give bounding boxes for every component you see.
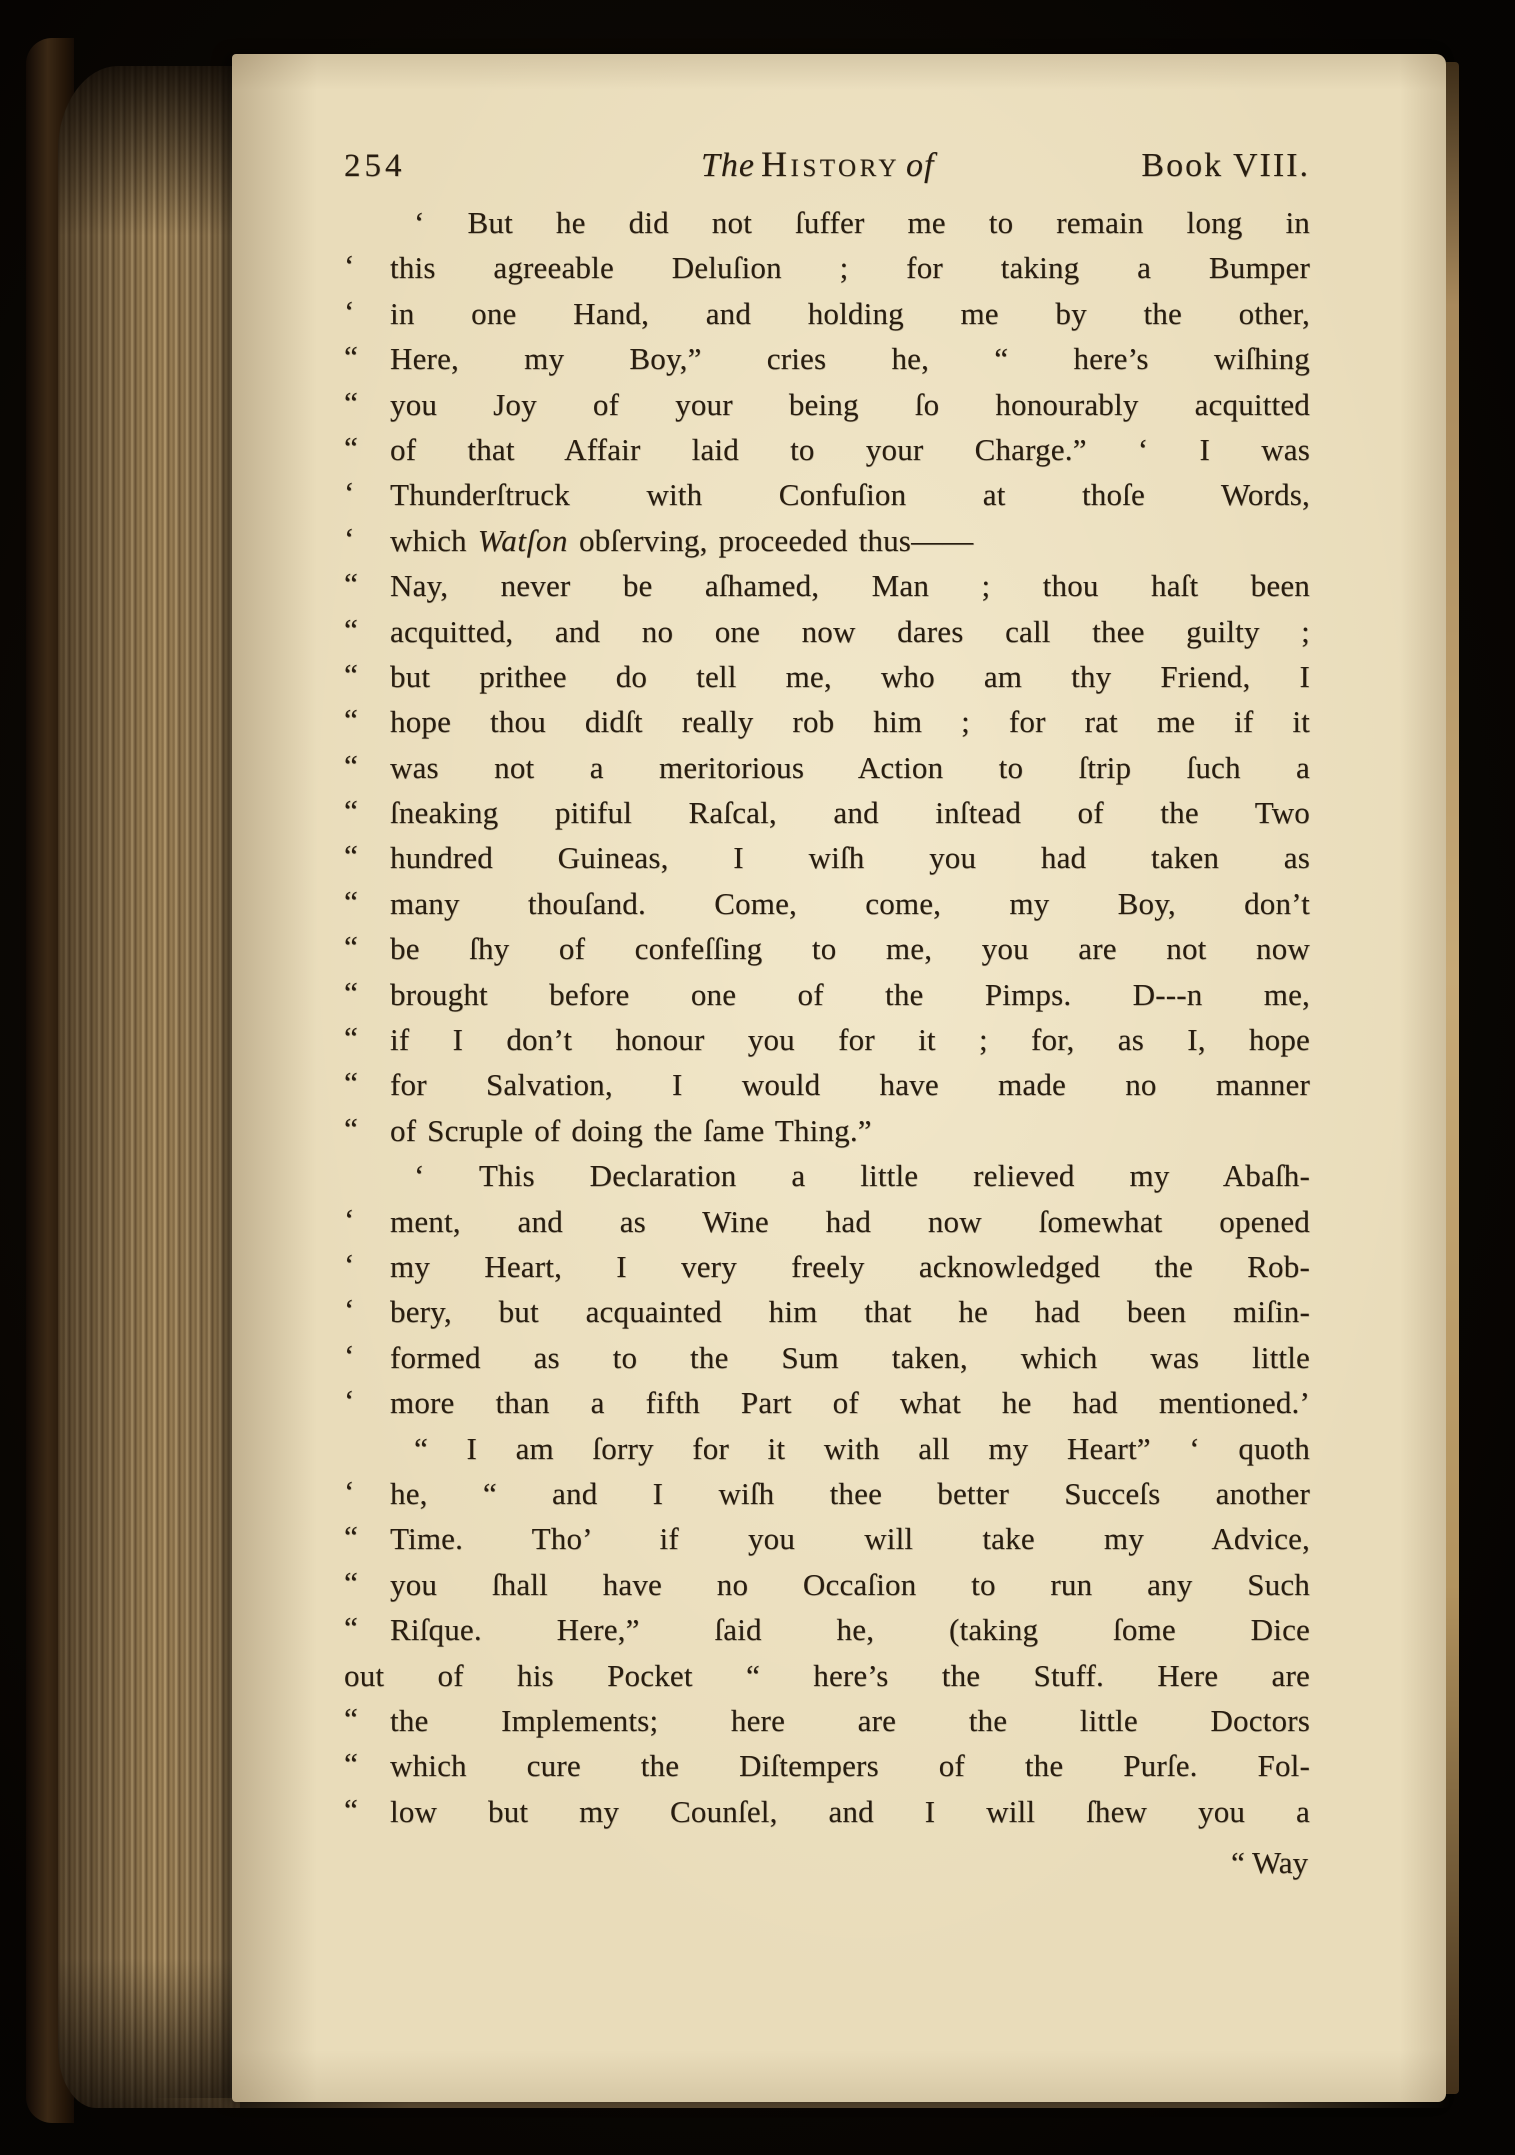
line-text: out of his Pocket “ here’s the Stuff. He…: [344, 1653, 1310, 1698]
text-line: ‘he, “ and I wiſh thee better Succeſs an…: [344, 1471, 1310, 1516]
line-text: but prithee do tell me, who am thy Frien…: [390, 654, 1310, 699]
text-line: “Riſque. Here,” ſaid he, (taking ſome Di…: [344, 1607, 1310, 1652]
margin-quote-mark: ‘: [344, 516, 386, 561]
text-line: “you ſhall have no Occaſion to run any S…: [344, 1562, 1310, 1607]
line-text: in one Hand, and holding me by the other…: [390, 291, 1310, 336]
line-text: Time. Tho’ if you will take my Advice,: [390, 1516, 1310, 1561]
text-line: “brought before one of the Pimps. D---n …: [344, 972, 1310, 1017]
text-line: “Here, my Boy,” cries he, “ here’s wiſhi…: [344, 336, 1310, 381]
margin-quote-mark: “: [344, 652, 386, 697]
line-text: formed as to the Sum taken, which was li…: [390, 1335, 1310, 1380]
text-line: ‘formed as to the Sum taken, which was l…: [344, 1335, 1310, 1380]
text-line: “hundred Guineas, I wiſh you had taken a…: [344, 835, 1310, 880]
text-line: ‘ This Declaration a little relieved my …: [344, 1153, 1310, 1198]
margin-quote-mark: ‘: [344, 1242, 386, 1287]
text-line: ‘more than a fifth Part of what he had m…: [344, 1380, 1310, 1425]
page-content: 254 TheHistoryof Book VIII. ‘ But he did…: [344, 54, 1310, 1885]
line-text: many thouſand. Come, come, my Boy, don’t: [390, 881, 1310, 926]
text-line: “of Scruple of doing the ſame Thing.”: [344, 1108, 1310, 1153]
text-line: “Time. Tho’ if you will take my Advice,: [344, 1516, 1310, 1561]
text-line: ‘bery, but acquainted him that he had be…: [344, 1289, 1310, 1334]
margin-quote-mark: “: [344, 1787, 386, 1832]
margin-quote-mark: “: [344, 743, 386, 788]
text-line: ‘in one Hand, and holding me by the othe…: [344, 291, 1310, 336]
line-text: you ſhall have no Occaſion to run any Su…: [390, 1562, 1310, 1607]
text-line: “you Joy of your being ſo honourably acq…: [344, 382, 1310, 427]
line-text: ment, and as Wine had now ſomewhat opene…: [390, 1199, 1310, 1244]
margin-quote-mark: “: [344, 697, 386, 742]
line-text: Here, my Boy,” cries he, “ here’s wiſhin…: [390, 336, 1310, 381]
title-of: of: [906, 147, 934, 184]
margin-quote-mark: “: [344, 1696, 386, 1741]
running-title: TheHistoryof: [494, 140, 1141, 190]
line-text: Thunderſtruck with Confuſion at thoſe Wo…: [390, 472, 1310, 517]
line-text: ſneaking pitiful Raſcal, and inſtead of …: [390, 790, 1310, 835]
line-text: of Scruple of doing the ſame Thing.”: [390, 1108, 1310, 1153]
text-line: “the Implements; here are the little Doc…: [344, 1698, 1310, 1743]
line-text: hope thou didſt really rob him ; for rat…: [390, 699, 1310, 744]
text-line: “hope thou didſt really rob him ; for ra…: [344, 699, 1310, 744]
text-line: “low but my Counſel, and I will ſhew you…: [344, 1789, 1310, 1834]
book-page: 254 TheHistoryof Book VIII. ‘ But he did…: [232, 54, 1446, 2102]
line-text: my Heart, I very freely acknowledged the…: [390, 1244, 1310, 1289]
line-text: ‘ But he did not ſuffer me to remain lon…: [390, 200, 1310, 245]
line-text: ‘ This Declaration a little relieved my …: [390, 1153, 1310, 1198]
page-number: 254: [344, 142, 494, 190]
page-edge-stack: [58, 66, 240, 2108]
text-line: “ſneaking pitiful Raſcal, and inſtead of…: [344, 790, 1310, 835]
margin-quote-mark: ‘: [344, 289, 386, 334]
book-number-label: Book VIII.: [1141, 142, 1310, 190]
text-line: ‘which Watſon obſerving, proceeded thus—…: [344, 518, 1310, 563]
line-text: Riſque. Here,” ſaid he, (taking ſome Dic…: [390, 1607, 1310, 1652]
text-line: ‘this agreeable Deluſion ; for taking a …: [344, 245, 1310, 290]
margin-quote-mark: ‘: [344, 1287, 386, 1332]
text-line: “for Salvation, I would have made no man…: [344, 1062, 1310, 1107]
margin-quote-mark: ‘: [344, 243, 386, 288]
line-text: which Watſon obſerving, proceeded thus——: [390, 518, 1310, 563]
line-text: more than a fifth Part of what he had me…: [390, 1380, 1310, 1425]
title-history: History: [755, 144, 906, 184]
margin-quote-mark: “: [344, 1514, 386, 1559]
margin-quote-mark: “: [344, 561, 386, 606]
line-text: be ſhy of confeſſing to me, you are not …: [390, 926, 1310, 971]
margin-quote-mark: ‘: [344, 1197, 386, 1242]
text-line: “Nay, never be aſhamed, Man ; thou haſt …: [344, 563, 1310, 608]
text-line: ‘ But he did not ſuffer me to remain lon…: [344, 200, 1310, 245]
fore-edge: [1446, 62, 1459, 2094]
text-line: ‘Thunderſtruck with Confuſion at thoſe W…: [344, 472, 1310, 517]
line-text: the Implements; here are the little Doct…: [390, 1698, 1310, 1743]
text-line: “which cure the Diſtempers of the Purſe.…: [344, 1743, 1310, 1788]
margin-quote-mark: “: [344, 425, 386, 470]
margin-quote-mark: “: [344, 1741, 386, 1786]
line-text: was not a meritorious Action to ſtrip ſu…: [390, 745, 1310, 790]
line-text: he, “ and I wiſh thee better Succeſs ano…: [390, 1471, 1310, 1516]
margin-quote-mark: “: [344, 1015, 386, 1060]
margin-quote-mark: “: [344, 970, 386, 1015]
line-text: which cure the Diſtempers of the Purſe. …: [390, 1743, 1310, 1788]
line-text: low but my Counſel, and I will ſhew you …: [390, 1789, 1310, 1834]
text-line: “but prithee do tell me, who am thy Frie…: [344, 654, 1310, 699]
margin-quote-mark: “: [344, 788, 386, 833]
line-text: you Joy of your being ſo honourably acqu…: [390, 382, 1310, 427]
text-line: “acquitted, and no one now dares call th…: [344, 609, 1310, 654]
line-text: acquitted, and no one now dares call the…: [390, 609, 1310, 654]
line-text: brought before one of the Pimps. D---n m…: [390, 972, 1310, 1017]
line-text: “ I am ſorry for it with all my Heart” ‘…: [390, 1426, 1310, 1471]
text-line: “of that Affair laid to your Charge.” ‘ …: [344, 427, 1310, 472]
running-head: 254 TheHistoryof Book VIII.: [344, 140, 1310, 188]
book-photograph: 254 TheHistoryof Book VIII. ‘ But he did…: [0, 0, 1515, 2155]
margin-quote-mark: ‘: [344, 470, 386, 515]
text-line: “was not a meritorious Action to ſtrip ſ…: [344, 745, 1310, 790]
margin-quote-mark: ‘: [344, 1378, 386, 1423]
text-line: “if I don’t honour you for it ; for, as …: [344, 1017, 1310, 1062]
text-line: “be ſhy of confeſſing to me, you are not…: [344, 926, 1310, 971]
body-text: ‘ But he did not ſuffer me to remain lon…: [344, 200, 1310, 1834]
line-text: of that Affair laid to your Charge.” ‘ I…: [390, 427, 1310, 472]
text-line: ‘ment, and as Wine had now ſomewhat open…: [344, 1199, 1310, 1244]
margin-quote-mark: “: [344, 607, 386, 652]
catchword: “ Way: [344, 1840, 1310, 1885]
margin-quote-mark: “: [344, 1106, 386, 1151]
margin-quote-mark: “: [344, 380, 386, 425]
text-line: ‘my Heart, I very freely acknowledged th…: [344, 1244, 1310, 1289]
margin-quote-mark: “: [344, 924, 386, 969]
line-text: bery, but acquainted him that he had bee…: [390, 1289, 1310, 1334]
margin-quote-mark: “: [344, 1560, 386, 1605]
text-line: “many thouſand. Come, come, my Boy, don’…: [344, 881, 1310, 926]
text-line: out of his Pocket “ here’s the Stuff. He…: [344, 1653, 1310, 1698]
line-text: hundred Guineas, I wiſh you had taken as: [390, 835, 1310, 880]
title-the: The: [701, 147, 755, 184]
margin-quote-mark: “: [344, 1060, 386, 1105]
line-text: for Salvation, I would have made no mann…: [390, 1062, 1310, 1107]
margin-quote-mark: ‘: [344, 1469, 386, 1514]
margin-quote-mark: “: [344, 1605, 386, 1650]
text-line: “ I am ſorry for it with all my Heart” ‘…: [344, 1426, 1310, 1471]
margin-quote-mark: “: [344, 833, 386, 878]
line-text: if I don’t honour you for it ; for, as I…: [390, 1017, 1310, 1062]
margin-quote-mark: ‘: [344, 1333, 386, 1378]
line-text: Nay, never be aſhamed, Man ; thou haſt b…: [390, 563, 1310, 608]
margin-quote-mark: “: [344, 879, 386, 924]
margin-quote-mark: “: [344, 334, 386, 379]
line-text: this agreeable Deluſion ; for taking a B…: [390, 245, 1310, 290]
